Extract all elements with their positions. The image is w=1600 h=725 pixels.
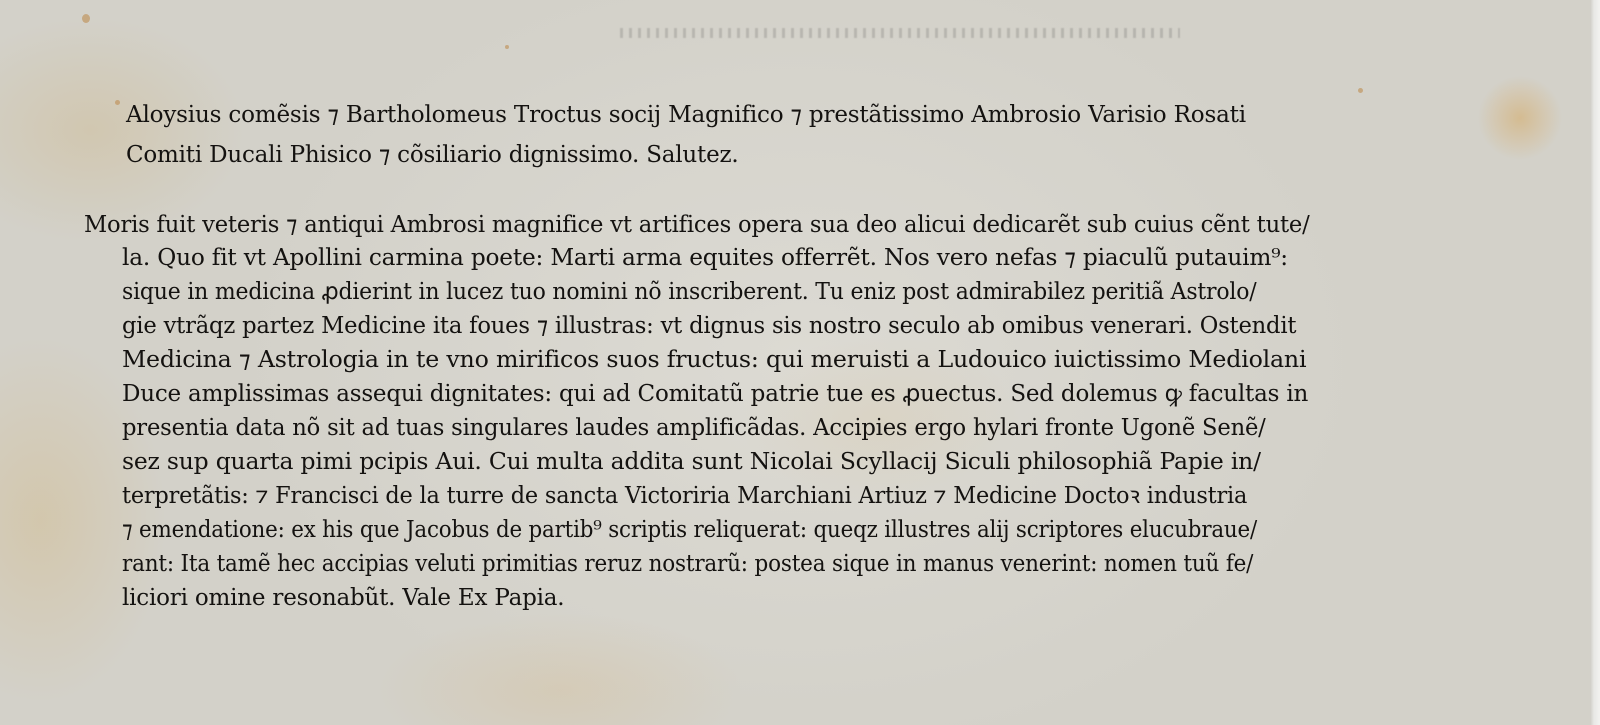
ink-offset-ghost — [620, 28, 1180, 38]
body-line: sez sup quarta pimi pcipis Aui. Cui mult… — [122, 447, 1261, 477]
foxing-spot — [82, 14, 90, 23]
body-line: ⁊ emendatione: ex his que Jacobus de par… — [122, 515, 1257, 545]
foxing-spot — [115, 100, 120, 105]
body-line: Medicina ⁊ Astrologia in te vno mirifico… — [122, 345, 1306, 375]
foxing-spot — [505, 45, 509, 49]
heading-line: Aloysius comẽsis ⁊ Bartholomeus Troctus … — [126, 100, 1246, 130]
body-line: liciori omine resonabũt. Vale Ex Papia. — [122, 583, 564, 613]
body-line: terpretãtis: ⁊ Francisci de la turre de … — [122, 481, 1247, 511]
body-line: rant: Ita tamẽ hec accipias veluti primi… — [122, 549, 1253, 579]
body-line: Duce amplissimas assequi dignitates: qui… — [122, 379, 1308, 409]
paper-page: Aloysius comẽsis ⁊ Bartholomeus Troctus … — [0, 0, 1590, 725]
body-line: gie vtrãqz partez Medicine ita foues ⁊ i… — [122, 311, 1296, 341]
page-edge — [1590, 0, 1600, 725]
body-line: la. Quo fit vt Apollini carmina poete: M… — [122, 243, 1288, 273]
body-line: sique in medicina ꝓdierint in lucez tuo … — [122, 277, 1256, 307]
foxing-spot — [1358, 88, 1363, 93]
heading-line: Comiti Ducali Phisico ⁊ cõsiliario digni… — [126, 140, 739, 170]
body-line: presentia data nõ sit ad tuas singulares… — [122, 413, 1266, 443]
body-line: Moris fuit veteris ⁊ antiqui Ambrosi mag… — [84, 210, 1310, 240]
